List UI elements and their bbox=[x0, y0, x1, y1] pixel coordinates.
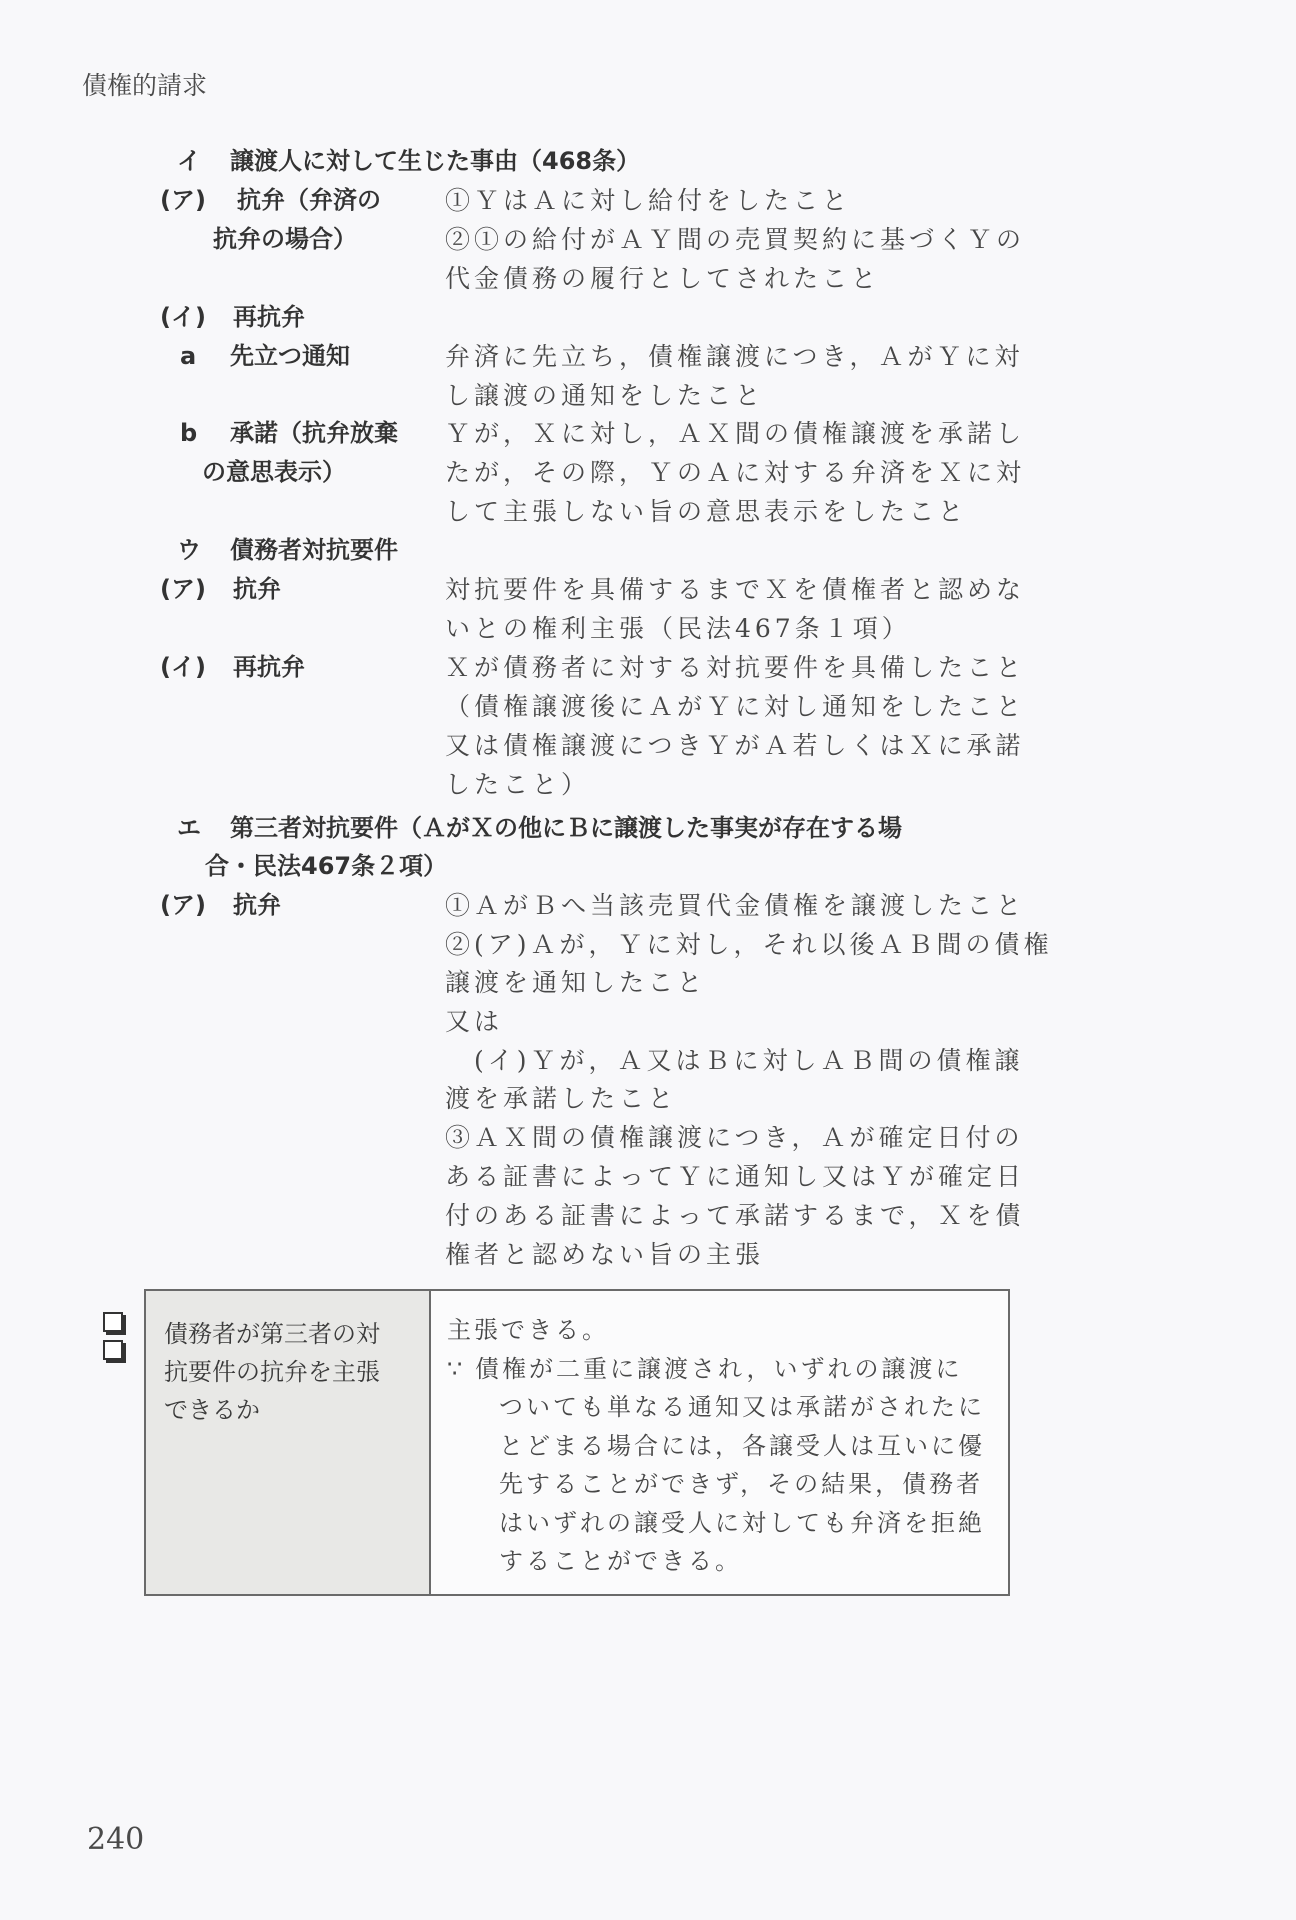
qa-question: 債務者が第三者の対 抗要件の抗弁を主張 できるか bbox=[146, 1291, 431, 1594]
running-head: 債権的請求 bbox=[82, 66, 207, 102]
item-label: の意思表示） bbox=[202, 453, 346, 492]
outline-marker: a bbox=[180, 337, 196, 376]
item-description: 対抗要件を具備するまでＸを債権者と認めな bbox=[445, 570, 1005, 609]
outline-marker: (ア) bbox=[160, 886, 206, 925]
qa-answer-conclusion: 主張できる。 bbox=[447, 1311, 996, 1350]
outline-marker: b bbox=[180, 414, 197, 453]
qa-answer-reason: ∵ 債権が二重に譲渡され，いずれの譲渡に bbox=[447, 1350, 996, 1389]
item-label: 先立つ通知 bbox=[230, 337, 350, 376]
qa-reason-line: 債権が二重に譲渡され，いずれの譲渡に bbox=[475, 1350, 996, 1389]
outline-marker: (イ) bbox=[160, 298, 206, 337]
qa-answer: 主張できる。 ∵ 債権が二重に譲渡され，いずれの譲渡に ついても単なる通知又は承… bbox=[431, 1291, 1008, 1594]
item-label: 承諾（抗弁放棄 bbox=[230, 414, 398, 453]
item-description: 権者と認めない旨の主張 bbox=[445, 1235, 1005, 1274]
outline-marker: (イ) bbox=[160, 648, 206, 687]
item-description: Ｙが，Ｘに対し，ＡＸ間の債権譲渡を承諾し bbox=[445, 414, 1005, 453]
page-number: 240 bbox=[87, 1822, 144, 1857]
qa-question-line: できるか bbox=[164, 1391, 415, 1429]
item-label: 抗弁の場合） bbox=[213, 220, 357, 259]
section-heading: 合・民法467条２項） bbox=[205, 847, 447, 886]
item-label: 抗弁 bbox=[233, 886, 281, 925]
item-description: ③ＡＸ間の債権譲渡につき，Ａが確定日付の bbox=[445, 1118, 1005, 1157]
section-heading: 譲渡人に対して生じた事由（468条） bbox=[230, 142, 640, 181]
item-description: Ｘが債務者に対する対抗要件を具備したこと bbox=[445, 648, 1005, 687]
item-label: 再抗弁 bbox=[233, 648, 305, 687]
item-description: ①ＹはＡに対し給付をしたこと bbox=[445, 181, 1005, 220]
item-label: 抗弁 bbox=[233, 570, 281, 609]
item-description: 譲渡を通知したこと bbox=[445, 963, 1005, 1002]
qa-reason-line: ついても単なる通知又は承諾がされたに bbox=[447, 1388, 996, 1427]
item-description: （債権譲渡後にＡがＹに対し通知をしたこと bbox=[445, 687, 1005, 726]
qa-reason-line: とどまる場合には，各譲受人は互いに優 bbox=[447, 1427, 996, 1466]
review-checkbox-2[interactable] bbox=[103, 1340, 123, 1360]
item-description: ある証書によってＹに通知し又はＹが確定日 bbox=[445, 1157, 1005, 1196]
outline-marker: ウ bbox=[177, 531, 201, 570]
item-description: 又は債権譲渡につきＹがＡ若しくはＸに承諾 bbox=[445, 726, 1005, 765]
qa-box: 債務者が第三者の対 抗要件の抗弁を主張 できるか 主張できる。 ∵ 債権が二重に… bbox=[144, 1289, 1010, 1596]
item-label: 抗弁（弁済の bbox=[237, 181, 381, 220]
section-heading: 第三者対抗要件（ＡがＸの他にＢに譲渡した事実が存在する場 bbox=[230, 809, 902, 848]
outline-marker: イ bbox=[177, 142, 201, 181]
because-icon: ∵ bbox=[447, 1350, 462, 1389]
item-description: 渡を承諾したこと bbox=[445, 1079, 1005, 1118]
item-description: ②①の給付がＡＹ間の売買契約に基づくＹの bbox=[445, 220, 1005, 259]
item-description: 弁済に先立ち，債権譲渡につき，ＡがＹに対 bbox=[445, 337, 1005, 376]
qa-reason-line: 先することができず，その結果，債務者 bbox=[447, 1465, 996, 1504]
review-checkbox-1[interactable] bbox=[103, 1312, 123, 1332]
item-description: したこと） bbox=[445, 765, 1005, 804]
item-description: 又は bbox=[445, 1002, 1005, 1041]
item-description: (イ)Ｙが，Ａ又はＢに対しＡＢ間の債権譲 bbox=[445, 1041, 1005, 1080]
qa-reason-line: することができる。 bbox=[447, 1542, 996, 1581]
outline-marker: (ア) bbox=[160, 181, 206, 220]
qa-question-line: 債務者が第三者の対 bbox=[164, 1315, 415, 1353]
item-description: 代金債務の履行としてされたこと bbox=[445, 259, 1005, 298]
item-description: たが，その際，ＹのＡに対する弁済をＸに対 bbox=[445, 453, 1005, 492]
item-description: して主張しない旨の意思表示をしたこと bbox=[445, 492, 1005, 531]
item-description: 付のある証書によって承諾するまで，Ｘを債 bbox=[445, 1196, 1005, 1235]
item-label: 再抗弁 bbox=[233, 298, 305, 337]
outline-marker: (ア) bbox=[160, 570, 206, 609]
item-description: ②(ア)Ａが，Ｙに対し，それ以後ＡＢ間の債権 bbox=[445, 925, 1005, 964]
item-description: ①ＡがＢへ当該売買代金債権を譲渡したこと bbox=[445, 886, 1005, 925]
item-description: し譲渡の通知をしたこと bbox=[445, 376, 1005, 415]
section-heading: 債務者対抗要件 bbox=[230, 531, 398, 570]
item-description: いとの権利主張（民法467条１項） bbox=[445, 609, 1005, 648]
qa-question-line: 抗要件の抗弁を主張 bbox=[164, 1353, 415, 1391]
qa-reason-line: はいずれの譲受人に対しても弁済を拒絶 bbox=[447, 1504, 996, 1543]
outline-marker: エ bbox=[177, 809, 201, 848]
